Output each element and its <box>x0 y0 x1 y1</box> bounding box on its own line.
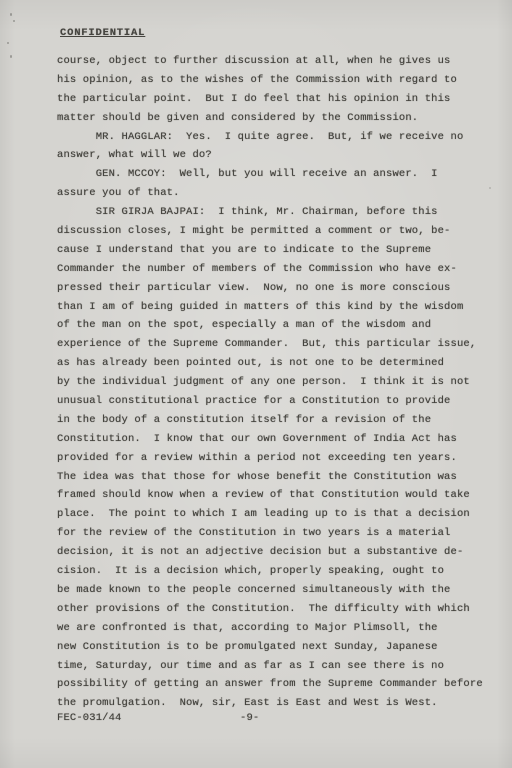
text-line: matter should be given and considered by… <box>57 109 497 128</box>
text-line: cause I understand that you are to indic… <box>57 241 497 260</box>
scan-speckle <box>10 13 12 16</box>
text-line: be made known to the people concerned si… <box>57 581 497 600</box>
text-line: answer, what will we do? <box>57 146 497 165</box>
text-line: other provisions of the Constitution. Th… <box>57 600 497 619</box>
text-line: we are confronted is that, according to … <box>57 619 497 638</box>
text-line: by the individual judgment of any one pe… <box>57 373 497 392</box>
text-line: provided for a review within a period no… <box>57 449 497 468</box>
text-line: GEN. MCCOY: Well, but you will receive a… <box>57 165 497 184</box>
text-line: than I am of being guided in matters of … <box>57 298 497 317</box>
text-line: in the body of a constitution itself for… <box>57 411 497 430</box>
text-line: framed should know when a review of that… <box>57 486 497 505</box>
text-line: for the review of the Constitution in tw… <box>57 524 497 543</box>
text-line: assure you of that. <box>57 184 497 203</box>
scan-speckle <box>7 42 9 44</box>
text-line: MR. HAGGLAR: Yes. I quite agree. But, if… <box>57 128 497 147</box>
text-line: new Constitution is to be promulgated ne… <box>57 638 497 657</box>
document-body: course, object to further discussion at … <box>57 52 497 713</box>
text-line: cision. It is a decision which, properly… <box>57 562 497 581</box>
scanned-document-page: CONFIDENTIAL course, object to further d… <box>0 0 512 768</box>
text-line: decision, it is not an adjective decisio… <box>57 543 497 562</box>
text-line: time, Saturday, our time and as far as I… <box>57 657 497 676</box>
text-line: of the man on the spot, especially a man… <box>57 316 497 335</box>
text-line: possibility of getting an answer from th… <box>57 675 497 694</box>
text-line: Commander the number of members of the C… <box>57 260 497 279</box>
document-number: FEC-031/44 <box>57 712 122 724</box>
text-line: experience of the Supreme Commander. But… <box>57 335 497 354</box>
text-line: the particular point. But I do feel that… <box>57 90 497 109</box>
text-line: The idea was that those for whose benefi… <box>57 468 497 487</box>
text-line: Constitution. I know that our own Govern… <box>57 430 497 449</box>
text-line: unusual constitutional practice for a Co… <box>57 392 497 411</box>
text-line: SIR GIRJA BAJPAI: I think, Mr. Chairman,… <box>57 203 497 222</box>
page-footer: FEC-031/44 -9- <box>57 712 497 731</box>
text-line: place. The point to which I am leading u… <box>57 505 497 524</box>
text-line: the promulgation. Now, sir, East is East… <box>57 694 497 713</box>
classification-stamp: CONFIDENTIAL <box>60 27 145 39</box>
text-line: his opinion, as to the wishes of the Com… <box>57 71 497 90</box>
scan-speckle <box>13 20 15 22</box>
scan-speckle <box>10 55 12 58</box>
text-line: discussion closes, I might be permitted … <box>57 222 497 241</box>
text-line: as has already been pointed out, is not … <box>57 354 497 373</box>
text-line: pressed their particular view. Now, no o… <box>57 279 497 298</box>
text-line: course, object to further discussion at … <box>57 52 497 71</box>
page-number: -9- <box>240 712 259 724</box>
